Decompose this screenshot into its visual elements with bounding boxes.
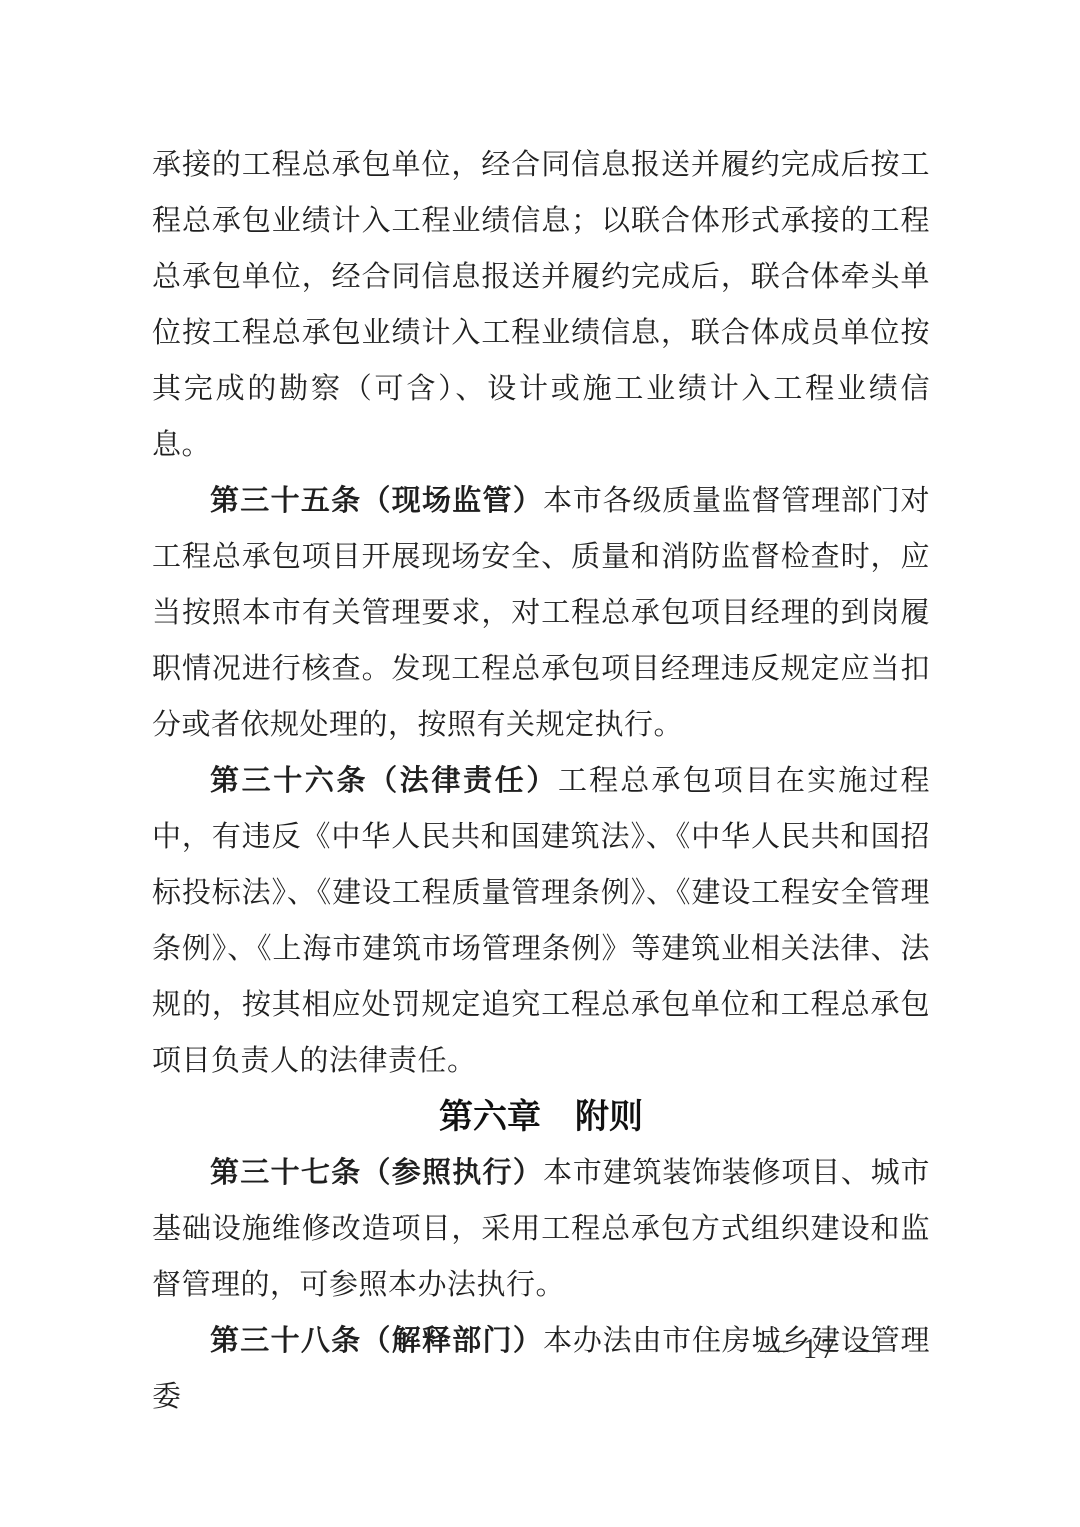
article-36-text: 工程总承包项目在实施过程中，有违反《中华人民共和国建筑法》、《中华人民共和国招标… bbox=[152, 765, 930, 1077]
article-36-paragraph: 第三十六条（法律责任）工程总承包项目在实施过程中，有违反《中华人民共和国建筑法》… bbox=[152, 753, 930, 1089]
article-35-paragraph: 第三十五条（现场监管）本市各级质量监督管理部门对工程总承包项目开展现场安全、质量… bbox=[152, 473, 930, 753]
article-37-paragraph: 第三十七条（参照执行）本市建筑装饰装修项目、城市基础设施维修改造项目，采用工程总… bbox=[152, 1145, 930, 1313]
chapter-heading: 第六章 附则 bbox=[152, 1089, 930, 1145]
page-number: — 17 — bbox=[760, 1334, 882, 1366]
paragraph-continuation-text: 承接的工程总承包单位，经合同信息报送并履约完成后按工程总承包业绩计入工程业绩信息… bbox=[152, 149, 930, 461]
article-37-lead: 第三十七条（参照执行） bbox=[210, 1157, 543, 1189]
document-page: 承接的工程总承包单位，经合同信息报送并履约完成后按工程总承包业绩计入工程业绩信息… bbox=[0, 0, 1080, 1527]
paragraph-continuation: 承接的工程总承包单位，经合同信息报送并履约完成后按工程总承包业绩计入工程业绩信息… bbox=[152, 137, 930, 473]
article-36-lead: 第三十六条（法律责任） bbox=[210, 765, 558, 797]
article-38-paragraph: 第三十八条（解释部门）本办法由市住房城乡建设管理委 bbox=[152, 1313, 930, 1425]
document-body: 承接的工程总承包单位，经合同信息报送并履约完成后按工程总承包业绩计入工程业绩信息… bbox=[152, 137, 930, 1425]
article-35-lead: 第三十五条（现场监管） bbox=[210, 485, 543, 517]
article-38-lead: 第三十八条（解释部门） bbox=[210, 1325, 543, 1357]
article-35-text: 本市各级质量监督管理部门对工程总承包项目开展现场安全、质量和消防监督检查时，应当… bbox=[152, 485, 930, 741]
